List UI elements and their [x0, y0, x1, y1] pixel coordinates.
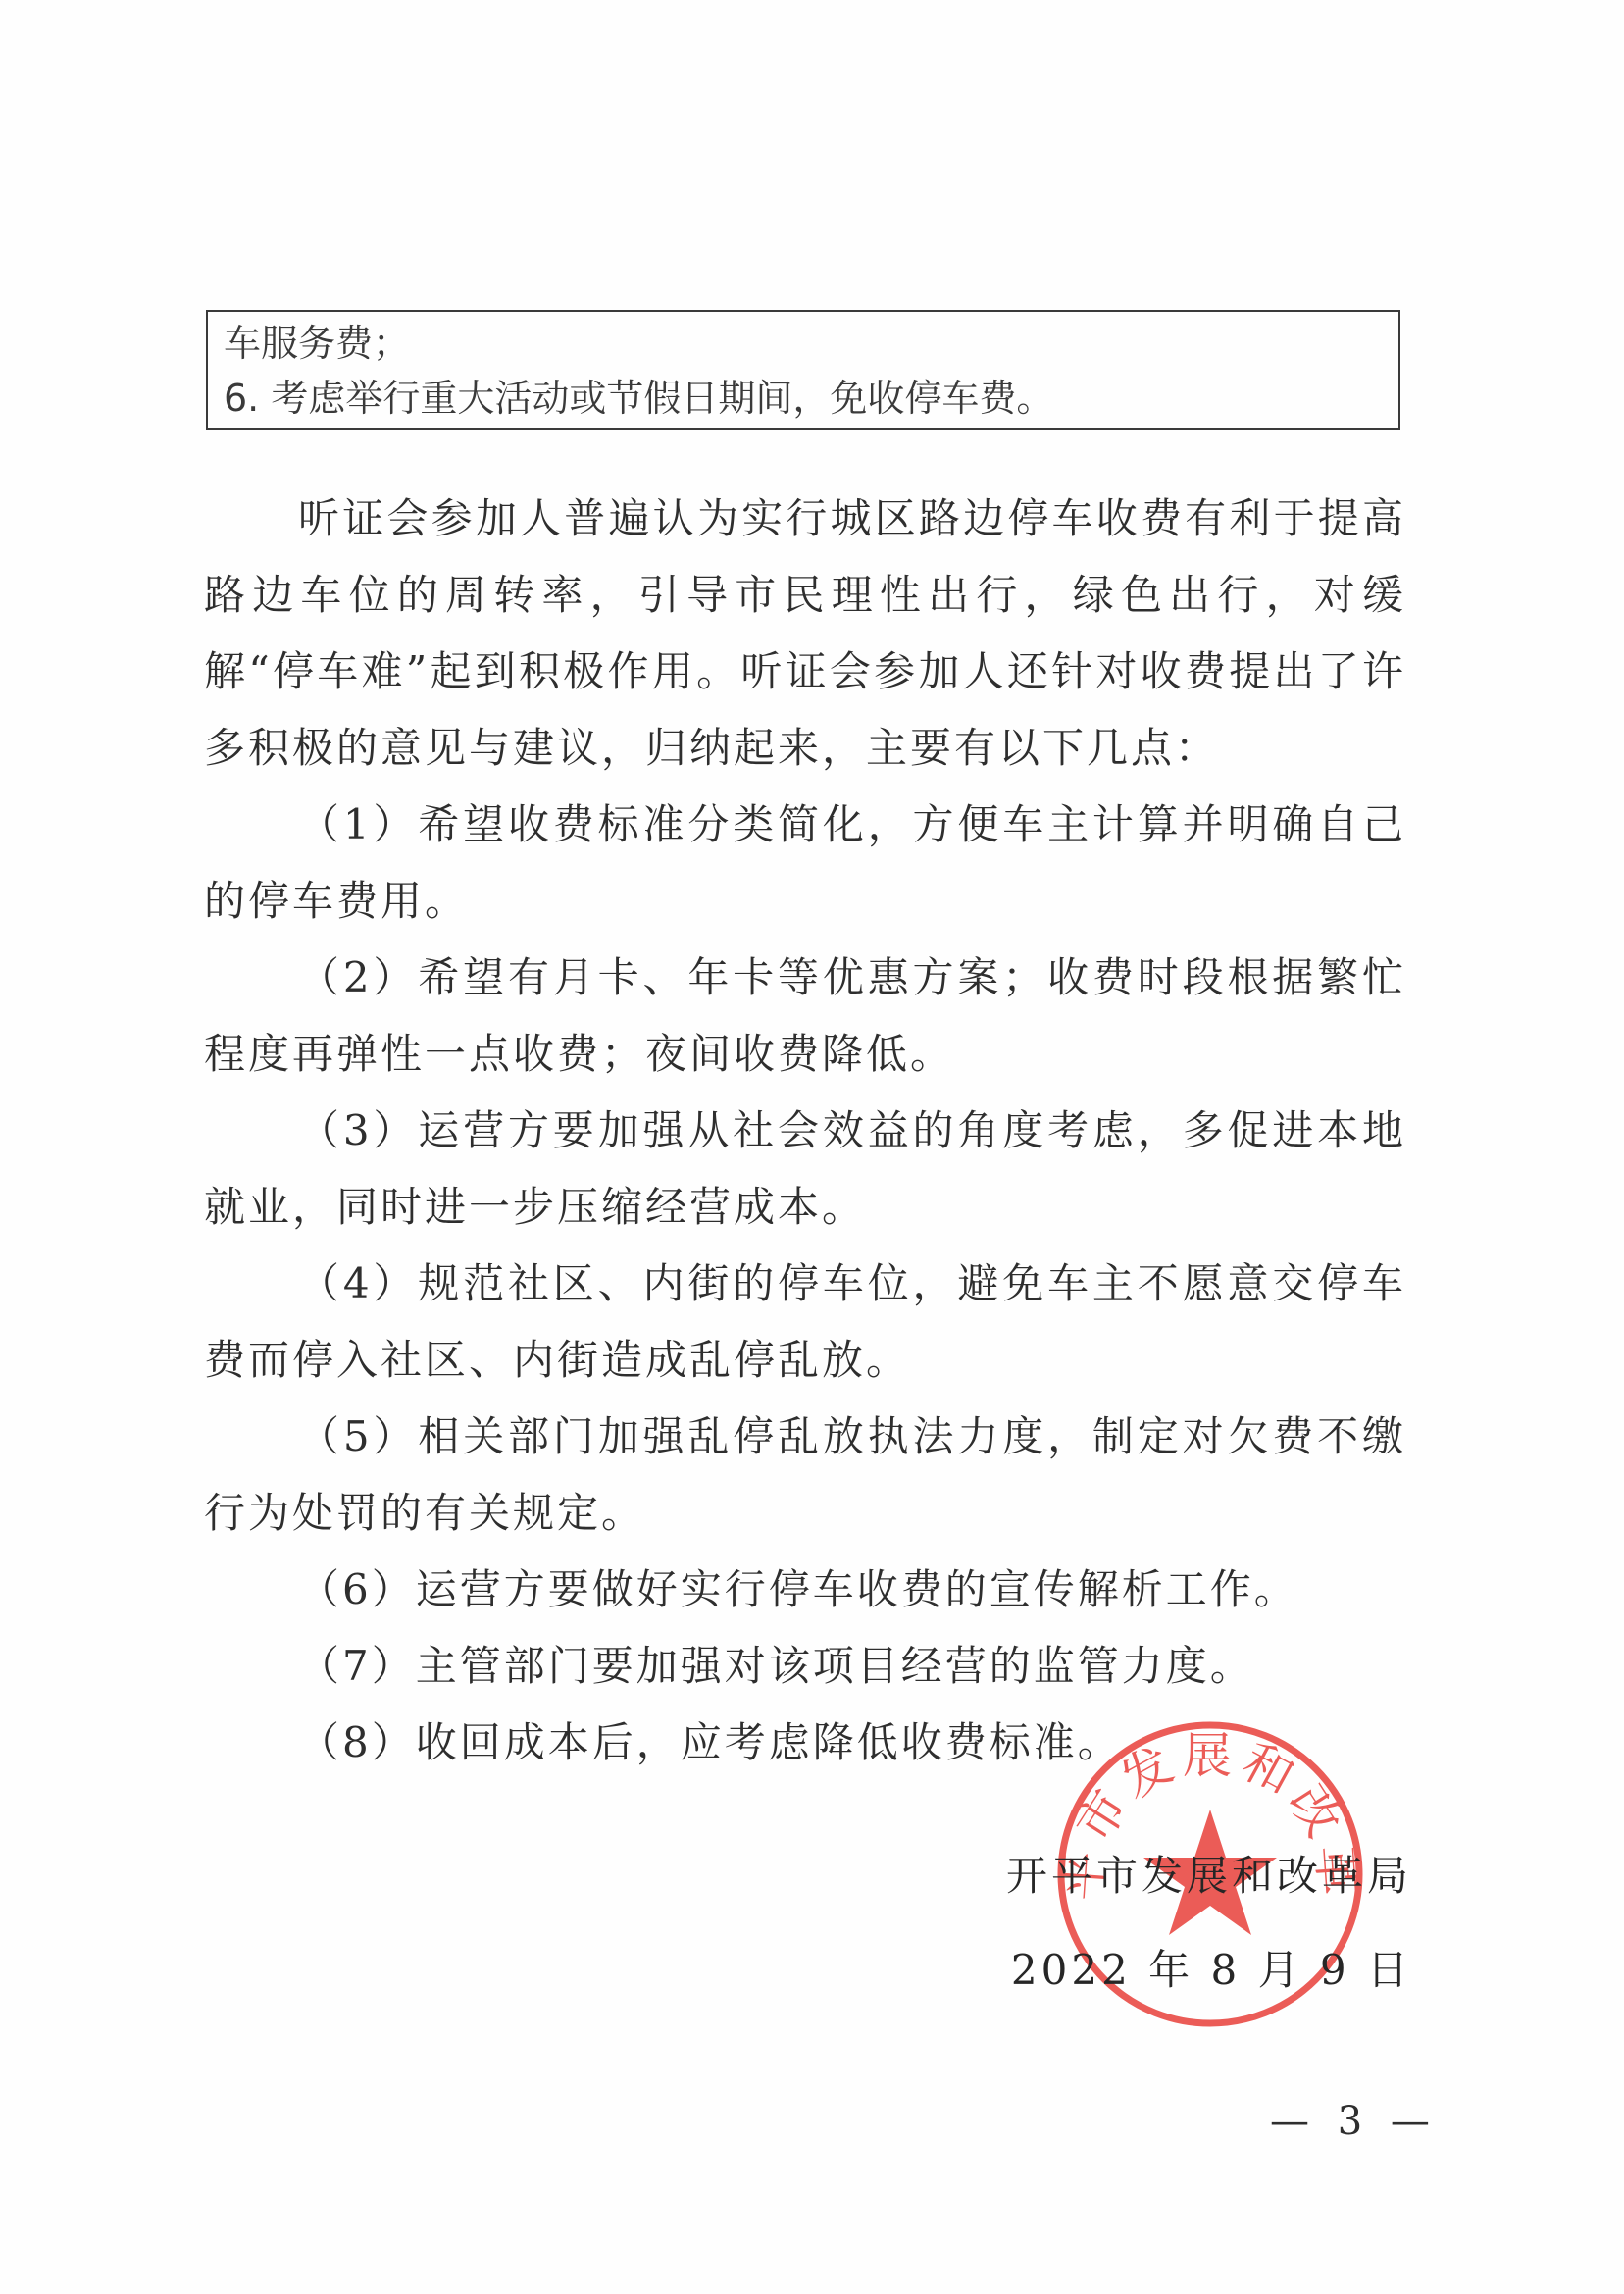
suggestion-item: （7）主管部门要加强对该项目经营的监管力度。	[204, 1628, 1406, 1705]
signing-date: 2022 年 8 月 9 日	[1011, 1938, 1412, 1997]
boxed-line: 6. 考虑举行重大活动或节假日期间，免收停车费。	[224, 371, 1383, 426]
intro-paragraph: 听证会参加人普遍认为实行城区路边停车收费有利于提高路边车位的周转率，引导市民理性…	[204, 481, 1406, 787]
suggestion-item: （6）运营方要做好实行停车收费的宣传解析工作。	[204, 1552, 1406, 1628]
boxed-line: 车服务费；	[224, 316, 1383, 371]
body-text: 听证会参加人普遍认为实行城区路边停车收费有利于提高路边车位的周转率，引导市民理性…	[204, 481, 1406, 1781]
boxed-section: 车服务费； 6. 考虑举行重大活动或节假日期间，免收停车费。	[206, 310, 1400, 430]
document-page: 车服务费； 6. 考虑举行重大活动或节假日期间，免收停车费。 听证会参加人普遍认…	[0, 0, 1624, 2294]
suggestion-item: （4）规范社区、内街的停车位，避免车主不愿意交停车费而停入社区、内街造成乱停乱放…	[204, 1246, 1406, 1399]
suggestion-item: （2）希望有月卡、年卡等优惠方案；收费时段根据繁忙程度再弹性一点收费；夜间收费降…	[204, 940, 1406, 1093]
signing-organization: 开平市发展和改革局	[1006, 1844, 1412, 1903]
suggestion-item: （1）希望收费标准分类简化，方便车主计算并明确自己的停车费用。	[204, 787, 1406, 940]
page-number: — 3 —	[1270, 2099, 1438, 2144]
suggestion-item: （3）运营方要加强从社会效益的角度考虑，多促进本地就业，同时进一步压缩经营成本。	[204, 1093, 1406, 1246]
suggestion-item: （5）相关部门加强乱停乱放执法力度，制定对欠费不缴行为处罚的有关规定。	[204, 1399, 1406, 1552]
